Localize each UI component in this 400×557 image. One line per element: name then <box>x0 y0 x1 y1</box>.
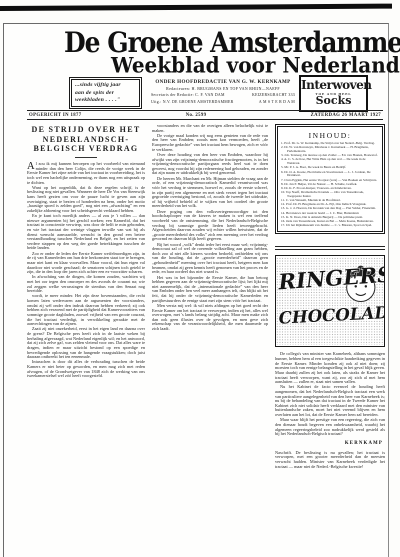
contents-list: 1. Prof. Dr. G. W. Kernkamp, De Strijd o… <box>281 142 379 228</box>
paragraph: Deze poging om den volksvertegenwoordige… <box>152 210 268 242</box>
editors-line: Redacteuren: H. BRUGMANS EN TOP VAN RHIJ… <box>151 87 295 91</box>
column-2: voorstanders en die van de overigen alle… <box>152 124 268 476</box>
founded-label: OPGERICHT IN 1877 <box>29 113 82 118</box>
paragraph: Over deze houding van den heer van Embde… <box>152 153 268 176</box>
chief-editor-line: ONDER HOOFDREDACTIE VAN G. W. KERNKAMP <box>151 79 295 85</box>
slogan-line: aan de spits der <box>75 90 136 98</box>
column-2-body: voorstanders en die van de overigen alle… <box>152 124 268 332</box>
issue-number: No. 2599 <box>186 113 207 118</box>
interwoven-socks-ad: Interwoven TOE AND HEEL Socks <box>299 75 368 112</box>
paragraph: Zaait zij niet onzekerheid, eerst in het… <box>27 327 145 359</box>
paragraph: Want op het oogenblik, dat ik deze regel… <box>27 186 145 214</box>
contents-title: INHOUD: <box>281 131 379 140</box>
contents-item: 17. Uit het Rijksmuseum van Justitie — C… <box>281 224 379 228</box>
scan-top-edge <box>0 4 392 11</box>
ringers-ad-illustration: RINGERS' CHOCOLADE <box>276 256 384 346</box>
paragraph: wordt, te meer minder. Het zijn deze bov… <box>27 294 145 326</box>
headline-line: NEDERLANDSCH- <box>27 135 145 145</box>
headline-line: DE STRIJD OVER HET <box>27 125 145 135</box>
issue-date: ZATERDAG 26 MAART 1927 <box>311 113 381 118</box>
article-headline: DE STRIJD OVER HETNEDERLANDSCH-BELGISCH … <box>27 125 145 154</box>
paragraph: De collega's van minister van Karnebeek,… <box>275 352 385 384</box>
contents-box: INHOUD: 1. Prof. Dr. G. W. Kernkamp, De … <box>275 124 385 234</box>
slogan-box: ...sinds vijftig jaaraan de spits derwee… <box>69 77 142 109</box>
secretary-name: Secretaris der Redactie: C. F. VAN DAM <box>151 93 225 97</box>
column-1: DE STRIJD OVER HETNEDERLANDSCH-BELGISCH … <box>27 124 145 476</box>
slogan-line: ...sinds vijftig jaar <box>75 82 136 90</box>
paragraph: En je kunt toch moeilijk anders — al zou… <box>27 214 145 251</box>
interwoven-brand: Interwoven <box>301 79 366 91</box>
paragraph: voorstanders en die van de overigen alle… <box>152 124 268 133</box>
editorial-credits: ONDER HOOFDREDACTIE VAN G. W. KERNKAMP R… <box>151 79 295 104</box>
section-divider-rule <box>275 246 385 251</box>
headline-line: BELGISCH VERDRAG <box>27 144 145 154</box>
paragraph: De heeren Mr. Marchant en Mr. Hijman ste… <box>152 177 268 209</box>
newspaper-scan-page: { "theme": { "ink": "#1c1c1c", "paper": … <box>0 0 400 557</box>
article-columns: DE STRIJD OVER HETNEDERLANDSCH-BELGISCH … <box>27 124 385 476</box>
paragraph: Zoo er onder de leden der Eerste Kamer w… <box>27 252 145 275</box>
publisher-name: Uitg.: N.V. DE GROENE AMSTERDAMMER <box>151 100 233 104</box>
lead-paragraph-text: l zou ik mij kunnen beroepen op het voor… <box>27 161 145 185</box>
publisher-city: A M S T E R D A M <box>259 100 295 104</box>
paragraph: Nu het Kabinet de facto evenwel de houdi… <box>275 385 385 417</box>
paragraph: Maar waar blijft het prestige van een re… <box>275 418 385 437</box>
paragraph: Het was in het bijzonder de Eerste Kamer… <box>152 276 268 304</box>
paragraph: De vorige maal konden wij nog eens genie… <box>152 134 268 153</box>
contents-item: 6. Dr. O. A. Koene, Electrisme en Stoomw… <box>281 171 379 179</box>
secretary-address: KEIZERSGRACHT 333 <box>252 93 295 97</box>
lead-paragraph: Al zou ik mij kunnen beroepen op het voo… <box>27 162 145 185</box>
column-3-body: De collega's van minister van Karnebeek,… <box>275 352 385 436</box>
column-1-body: Want op het oogenblik, dat ik deze regel… <box>27 186 145 379</box>
author-signature: KERNKAMP <box>275 441 383 446</box>
paragraph: Intusschen is door dit alles de verhoudi… <box>27 360 145 379</box>
secretary-line: Secretaris der Redactie: C. F. VAN DAM K… <box>151 93 295 97</box>
paragraph: Bij het woord „volk” denkt ieder het eer… <box>152 243 268 275</box>
ringers-chocolade-ad: RINGERS' CHOCOLADE <box>275 255 385 347</box>
paragraph: In afwachting van de dingen, die komen z… <box>27 275 145 294</box>
column-3: INHOUD: 1. Prof. Dr. G. W. Kernkamp, De … <box>275 124 385 476</box>
publisher-line: Uitg.: N.V. DE GROENE AMSTERDAMMER A M S… <box>151 100 295 104</box>
headline-divider <box>75 157 97 158</box>
slogan-line: weekbladen . . . ." <box>75 97 136 105</box>
paragraph: Men versta mij wel: ik wil niets afdinge… <box>152 304 268 332</box>
interwoven-product: Socks <box>301 96 366 106</box>
postscript-paragraph: Naschrift. De beslissing is nu gevallen;… <box>275 451 385 470</box>
dateline-bar: OPGERICHT IN 1877 No. 2599 ZATERDAG 26 M… <box>27 110 383 120</box>
masthead: De Groene Amsterdammer Weekblad voor Ned… <box>64 26 388 76</box>
